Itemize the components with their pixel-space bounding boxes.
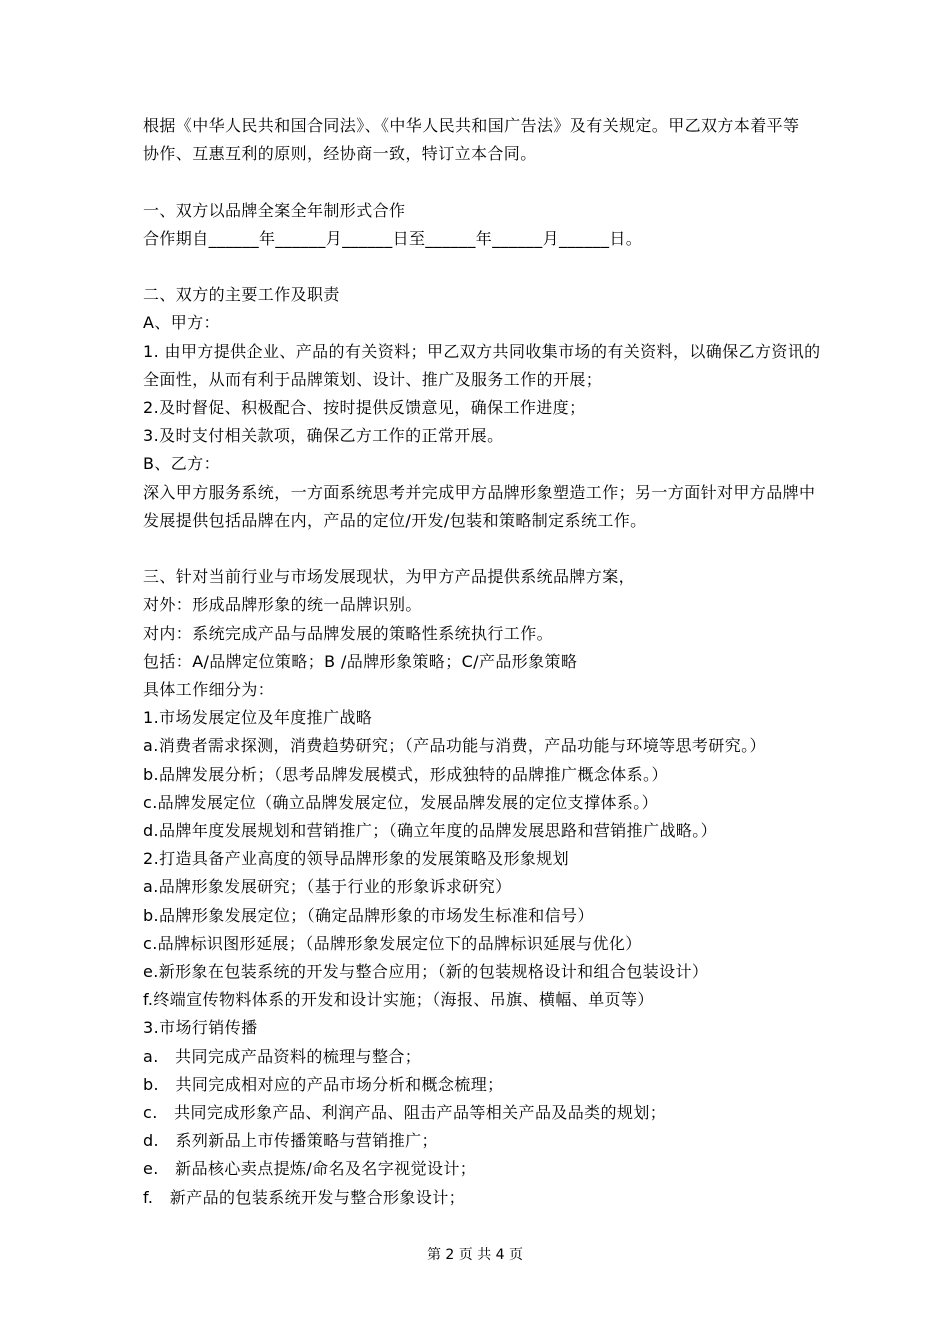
party-a-label: A、甲方： [143,309,813,337]
section-three-heading: 三、针对当前行业与市场发展现状，为甲方产品提供系统品牌方案， [143,563,813,591]
work-3-item-b: b. 共同完成相对应的产品市场分析和概念梳理； [143,1071,813,1099]
intro-line-1: 根据《中华人民共和国合同法》、《中华人民共和国广告法》及有关规定。甲乙双方本着平… [143,112,813,140]
work-2-item-f: f.终端宣传物料体系的开发和设计实施；（海报、吊旗、横幅、单页等） [143,986,813,1014]
work-3-item-a: a. 共同完成产品资料的梳理与整合； [143,1043,813,1071]
document-page: 根据《中华人民共和国合同法》、《中华人民共和国广告法》及有关规定。甲乙双方本着平… [143,112,813,1212]
internal-goal-line: 对内：系统完成产品与品牌发展的策略性系统执行工作。 [143,620,813,648]
work-1-item-a: a.消费者需求探测，消费趋势研究；（产品功能与消费，产品功能与环境等思考研究。） [143,732,813,760]
blank-line [143,535,813,563]
party-a-item-3: 3.及时支付相关款项，确保乙方工作的正常开展。 [143,422,813,450]
work-1-heading: 1.市场发展定位及年度推广战略 [143,704,813,732]
cooperation-period-line: 合作期自______年______月______日至______年______月… [143,225,813,253]
work-2-heading: 2.打造具备产业高度的领导品牌形象的发展策略及形象规划 [143,845,813,873]
work-3-item-e: e. 新品核心卖点提炼/命名及名字视觉设计； [143,1155,813,1183]
work-1-item-b: b.品牌发展分析；（思考品牌发展模式，形成独特的品牌推广概念体系。） [143,761,813,789]
blank-line [143,168,813,196]
party-a-item-1-continued: 全面性，从而有利于品牌策划、设计、推广及服务工作的开展； [143,366,813,394]
party-a-item-1: 1. 由甲方提供企业、产品的有关资料；甲乙双方共同收集市场的有关资料，以确保乙方… [143,338,813,366]
party-a-item-2: 2.及时督促、积极配合、按时提供反馈意见，确保工作进度； [143,394,813,422]
section-two-heading: 二、双方的主要工作及职责 [143,281,813,309]
party-b-desc-1: 深入甲方服务系统，一方面系统思考并完成甲方品牌形象塑造工作；另一方面针对甲方品牌… [143,479,813,507]
work-2-item-a: a.品牌形象发展研究；（基于行业的形象诉求研究） [143,873,813,901]
external-goal-line: 对外：形成品牌形象的统一品牌识别。 [143,591,813,619]
party-b-desc-2: 发展提供包括品牌在内，产品的定位/开发/包装和策略制定系统工作。 [143,507,813,535]
work-3-item-d: d. 系列新品上市传播策略与营销推广； [143,1127,813,1155]
detail-intro-line: 具体工作细分为： [143,676,813,704]
work-1-item-c: c.品牌发展定位（确立品牌发展定位，发展品牌发展的定位支撑体系。） [143,789,813,817]
work-2-item-b: b.品牌形象发展定位；（确定品牌形象的市场发生标准和信号） [143,902,813,930]
strategy-include-line: 包括：A/品牌定位策略；B /品牌形象策略；C/产品形象策略 [143,648,813,676]
work-3-heading: 3.市场行销传播 [143,1014,813,1042]
party-b-label: B、乙方： [143,450,813,478]
blank-line [143,253,813,281]
intro-line-2: 协作、互惠互利的原则，经协商一致，特订立本合同。 [143,140,813,168]
work-3-item-c: c. 共同完成形象产品、利润产品、阻击产品等相关产品及品类的规划； [143,1099,813,1127]
work-3-item-f: f. 新产品的包装系统开发与整合形象设计； [143,1184,813,1212]
page-number-footer: 第 2 页 共 4 页 [0,1246,950,1264]
work-2-item-e: e.新形象在包装系统的开发与整合应用；（新的包装规格设计和组合包装设计） [143,958,813,986]
section-one-heading: 一、双方以品牌全案全年制形式合作 [143,197,813,225]
work-1-item-d: d.品牌年度发展规划和营销推广；（确立年度的品牌发展思路和营销推广战略。） [143,817,813,845]
work-2-item-c: c.品牌标识图形延展；（品牌形象发展定位下的品牌标识延展与优化） [143,930,813,958]
